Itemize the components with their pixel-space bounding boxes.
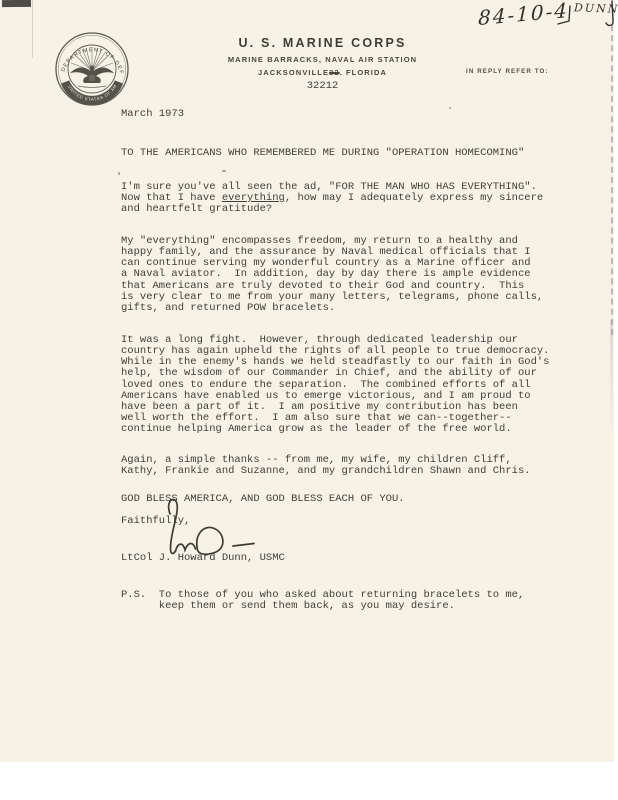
scan-left-edge-shadow — [32, 0, 33, 58]
letter-page: 84-10-4 DUNN DEPARTMENT OF DEFENSE UNITE… — [0, 0, 614, 762]
name-tag-bracket — [556, 0, 618, 30]
letterhead-zip: 32212 — [150, 80, 495, 92]
paragraph-3: It was a long fight. However, through de… — [121, 335, 549, 435]
paper-edge-dashed-line — [611, 25, 613, 335]
letterhead-org: U. S. MARINE CORPS — [150, 36, 495, 50]
scan-corner-artifact — [2, 0, 31, 7]
letterhead-city: JACKSONVILLE32. FLORIDA — [150, 68, 495, 77]
ink-speck — [222, 170, 226, 172]
letter-subject: TO THE AMERICANS WHO REMEMBERED ME DURIN… — [121, 148, 524, 159]
letterhead-state: . FLORIDA — [340, 68, 387, 77]
paper-edge-fade — [610, 320, 613, 440]
ink-speck — [449, 107, 451, 109]
paragraph-1: I'm sure you've all seen the ad, "FOR TH… — [121, 182, 543, 215]
reply-refer-note: IN REPLY REFER TO: — [466, 68, 549, 75]
letterhead-struck-zone: 32 — [329, 68, 340, 77]
scanned-document: 84-10-4 DUNN DEPARTMENT OF DEFENSE UNITE… — [0, 0, 618, 800]
ink-speck — [118, 172, 120, 175]
postscript: P.S. To those of you who asked about ret… — [121, 590, 524, 612]
letter-date: March 1973 — [121, 109, 184, 120]
department-of-defense-seal-icon: DEPARTMENT OF DEFENSE UNITED STATES OF A… — [54, 31, 130, 107]
paragraph-1-line-3: and heartfelt gratitude? — [121, 204, 543, 215]
letterhead-station: MARINE BARRACKS, NAVAL AIR STATION — [150, 55, 495, 64]
letterhead-city-name: JACKSONVILLE — [258, 68, 329, 77]
letterhead: U. S. MARINE CORPS MARINE BARRACKS, NAVA… — [150, 36, 495, 92]
svg-text:DEPARTMENT OF DEFENSE: DEPARTMENT OF DEFENSE — [54, 31, 124, 75]
signed-name: LtCol J. Howard Dunn, USMC — [121, 553, 285, 564]
paragraph-2: My "everything" encompasses freedom, my … — [121, 236, 543, 314]
paragraph-4: Again, a simple thanks -- from me, my wi… — [121, 455, 531, 477]
p1-line2-post: , how may I adequately express my sincer… — [285, 192, 543, 204]
